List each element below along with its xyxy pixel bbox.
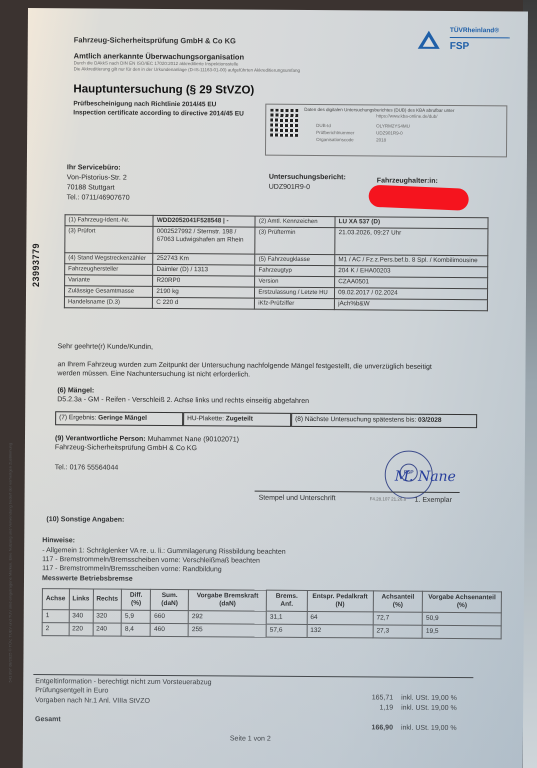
report-no-label: Prüfberichtnummer bbox=[316, 130, 354, 136]
odometer-label: (4) Stand Wegstreckenzähler bbox=[65, 253, 153, 265]
brake-measurement-table: AchseLinksRechtsDiff. (%)Sum. (daN)Vorga… bbox=[42, 588, 502, 639]
fee-tax: inkl. USt. 19,00 % bbox=[401, 694, 457, 703]
dub-info-box: Daten des digitalen Untersuchungsbericht… bbox=[265, 104, 507, 158]
subtitle-en: Inspection certificate according to dire… bbox=[73, 108, 244, 118]
spec-tax: inkl. USt. 19,00 % bbox=[401, 704, 457, 713]
brake-table-cell: 320 bbox=[93, 610, 122, 623]
version-label: Version bbox=[255, 276, 335, 288]
service-office-street: Von-Pistorius-Str. 2 bbox=[67, 173, 127, 182]
logo-brand: TÜVRheinland® bbox=[450, 27, 499, 34]
inspection-certificate-page: Fahrzeug-Sicherheitsprüfung GmbH & Co KG… bbox=[23, 8, 528, 768]
brake-table-cell: 50,9 bbox=[422, 612, 501, 626]
document-serial-number: 23993779 bbox=[31, 243, 41, 287]
form-code: F4.28.107 21.26.8 bbox=[370, 496, 407, 502]
mass-value: 2190 kg bbox=[153, 286, 255, 298]
vehicle-data-table: (1) Fahrzeug-Ident.-Nr. WDD2052041F52854… bbox=[64, 214, 489, 311]
trade-name-value: C 220 d bbox=[153, 297, 255, 309]
page-indicator: Seite 1 von 2 bbox=[230, 734, 271, 743]
brake-heading: Messwerte Betriebsbremse bbox=[42, 574, 133, 584]
brake-table-cell: 5,9 bbox=[121, 610, 150, 623]
brake-table-cell: 27,3 bbox=[373, 625, 423, 638]
brake-table-cell: 8,4 bbox=[121, 623, 150, 636]
vin-label: (1) Fahrzeug-Ident.-Nr. bbox=[65, 215, 153, 227]
vin-value: WDD2052041F528548 | - bbox=[153, 215, 255, 227]
company-name: Fahrzeug-Sicherheitsprüfung GmbH & Co KG bbox=[74, 35, 236, 45]
brake-table-cell: 57,6 bbox=[266, 624, 307, 637]
brake-table-cell: 19,5 bbox=[422, 625, 501, 639]
dub-id-label: DUB-Id bbox=[316, 123, 331, 129]
place-value: 0002527992 / Sternstr. 198 / 67063 Ludwi… bbox=[153, 226, 255, 254]
spec-value: 1,19 bbox=[358, 703, 393, 712]
fee-label: Prüfungsentgelt in Euro bbox=[35, 686, 108, 696]
maker-value: Daimler (D) / 1313 bbox=[153, 264, 255, 276]
brake-table-cell: 292 bbox=[188, 611, 266, 625]
registration-label: Erstzulassung / Letzte HU bbox=[255, 287, 335, 299]
check-code-label: iKfz-Prüfziffer bbox=[255, 298, 335, 310]
fee-value: 165,71 bbox=[358, 693, 393, 702]
other-heading: (10) Sonstige Angaben: bbox=[46, 515, 124, 525]
plate-label: (2) Amtl. Kennzeichen bbox=[255, 216, 335, 228]
brake-table-cell: 31,1 bbox=[266, 611, 307, 624]
brake-table-header: Entspr. Pedalkraft (N) bbox=[307, 590, 373, 611]
defect-item: D5.2.3a - GM - Reifen - Verschleiß 2. Ac… bbox=[57, 395, 309, 406]
document-title: Hauptuntersuchung (§ 29 StVZO) bbox=[73, 83, 254, 96]
note-3: 117 - Bremstrommeln/Bremsscheiben vorne:… bbox=[42, 564, 222, 574]
badge-box: HU-Plakette: Zugeteilt bbox=[183, 412, 291, 427]
date-value: 21.03.2026, 09:27 Uhr bbox=[335, 228, 488, 256]
brake-table-header: Rechts bbox=[93, 589, 122, 610]
dub-url[interactable]: https://www.kba-online.de/dub/ bbox=[376, 113, 437, 119]
brake-table-cell: 72,7 bbox=[373, 612, 423, 625]
report-no-value: UDZ901R9-0 bbox=[376, 130, 403, 136]
next-inspection-box: (8) Nächste Untersuchung spätestens bis:… bbox=[291, 413, 477, 428]
service-office-phone: Tel.: 0711/46907670 bbox=[67, 193, 130, 202]
total-value: 166,90 bbox=[358, 723, 393, 732]
variant-value: R20RP0 bbox=[153, 275, 255, 287]
check-code-value: jAch%b&W bbox=[335, 299, 488, 311]
brake-table-cell: 255 bbox=[188, 624, 266, 638]
brake-table-cell: 132 bbox=[307, 624, 373, 637]
trade-name-label: Handelsname (D.3) bbox=[64, 297, 152, 309]
redacted-holder-name bbox=[368, 185, 469, 211]
maker-label: Fahrzeughersteller bbox=[65, 264, 153, 276]
brake-table-cell: 460 bbox=[150, 623, 188, 636]
responsible-company: Fahrzeug-Sicherheitsprüfung GmbH & Co KG bbox=[55, 443, 197, 453]
brake-table-header: Brems. Anf. bbox=[266, 590, 307, 611]
brake-table-cell: 220 bbox=[69, 623, 93, 636]
brake-table-cell: 1 bbox=[42, 610, 69, 623]
variant-label: Variante bbox=[65, 275, 153, 287]
brake-table-header: Sum. (daN) bbox=[151, 589, 189, 610]
triangle-logo-icon bbox=[418, 31, 440, 49]
signature: M. Nane bbox=[395, 469, 456, 485]
brake-table-row: 22202408,446025557,613227,319,5 bbox=[42, 623, 501, 639]
brake-table-cell: 2 bbox=[42, 623, 69, 636]
result-box: (7) Ergebnis: Geringe Mängel bbox=[55, 411, 183, 426]
total-tax: inkl. USt. 19,00 % bbox=[401, 724, 457, 733]
type-label: Fahrzeugtyp bbox=[255, 265, 335, 277]
responsible-phone: Tel.: 0176 55564044 bbox=[55, 463, 119, 472]
report-heading: Untersuchungsbericht: bbox=[269, 173, 346, 183]
brake-table-header: Vorgabe Bremskraft (daN) bbox=[188, 590, 266, 612]
date-label: (3) Prüftermin bbox=[255, 227, 335, 255]
responsible-name: Muhammet Nane (90102071) bbox=[148, 436, 239, 444]
brake-table-cell: 660 bbox=[151, 610, 189, 623]
place-label: (3) Prüfort bbox=[65, 226, 154, 254]
brake-table-header: Links bbox=[69, 589, 93, 610]
tuv-fsp-logo: TÜVRheinland® FSP bbox=[418, 25, 518, 58]
org-code-label: Organisationscode bbox=[316, 137, 354, 143]
org-code-value: 2018 bbox=[376, 137, 386, 143]
copy-label: 1. Exemplar bbox=[415, 496, 452, 505]
class-label: (5) Fahrzeugklasse bbox=[255, 254, 335, 266]
service-office-heading: Ihr Servicebüro: bbox=[67, 163, 121, 172]
total-label: Gesamt bbox=[35, 715, 61, 724]
letter-line-2: werden müssen. Eine Nachuntersuchung ist… bbox=[57, 369, 250, 379]
defects-heading: (6) Mängel: bbox=[57, 386, 94, 395]
greeting: Sehr geehrte(r) Kunde/Kundin, bbox=[58, 342, 153, 352]
brake-table-header: Diff. (%) bbox=[121, 589, 150, 610]
odometer-value: 252743 Km bbox=[153, 253, 255, 265]
result-value: Geringe Mängel bbox=[98, 414, 147, 421]
accreditation-line-2: Die Akkreditierung gilt nur für den in d… bbox=[74, 66, 301, 74]
brake-table-header: Vorgabe Achsenanteil (%) bbox=[423, 591, 502, 613]
next-inspection-value: 03/2028 bbox=[418, 417, 442, 424]
brake-table-header: Achsanteil (%) bbox=[373, 591, 423, 612]
brake-table-header: Achse bbox=[42, 589, 69, 610]
badge-value: Zugeteilt bbox=[226, 415, 253, 422]
report-number: UDZ901R9-0 bbox=[269, 183, 310, 192]
copyright-notice: 541 897 08/2025 © TÜV, TUEV und TUV sind… bbox=[8, 443, 13, 683]
stamp-signature-label: Stempel und Unterschrift bbox=[259, 494, 336, 504]
brake-table-cell: 64 bbox=[307, 611, 373, 624]
spec-label: Vorgaben nach Nr.1 Anl. VIIIa StVZO bbox=[35, 696, 150, 706]
service-office-city: 70188 Stuttgart bbox=[67, 183, 115, 192]
brake-table-cell: 340 bbox=[69, 610, 93, 623]
responsible-label: (9) Verantwortliche Person: bbox=[55, 435, 146, 443]
logo-name: FSP bbox=[450, 41, 470, 52]
result-row: (7) Ergebnis: Geringe Mängel HU-Plakette… bbox=[55, 411, 477, 428]
qr-code-icon[interactable] bbox=[270, 109, 298, 137]
notes-heading: Hinweise: bbox=[42, 536, 75, 545]
brake-table-cell: 240 bbox=[93, 623, 122, 636]
dub-id-value: OLYRM2YS4MU bbox=[376, 123, 410, 129]
mass-label: Zulässige Gesamtmasse bbox=[64, 286, 152, 298]
